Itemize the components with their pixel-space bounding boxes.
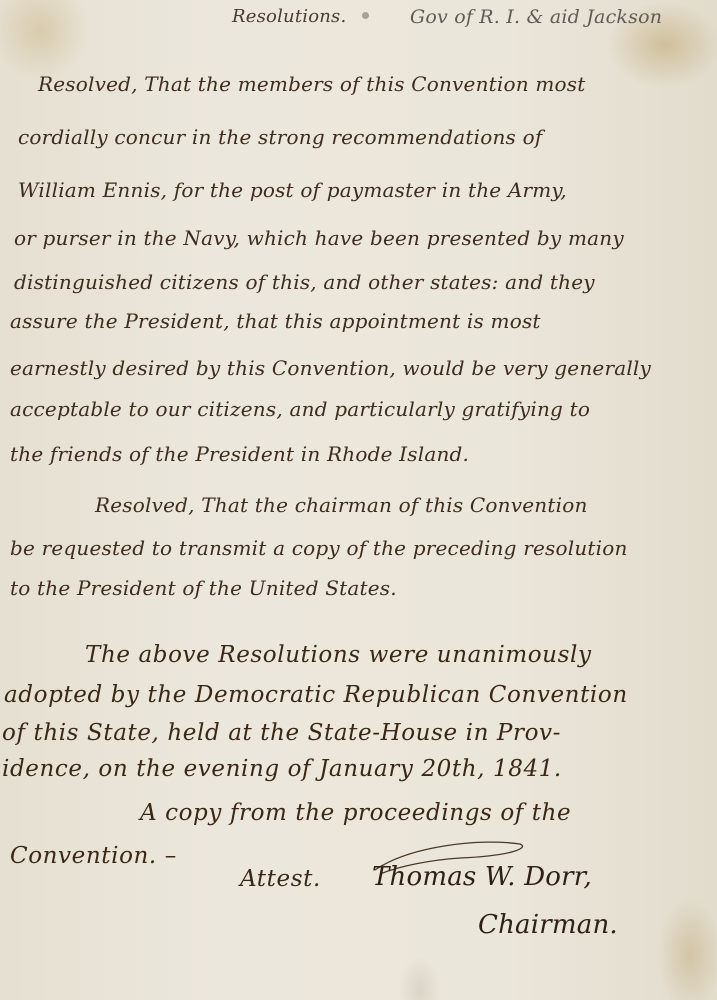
signature-thomas-w-dorr: Thomas W. Dorr, (372, 862, 592, 892)
resolution-2-line: to the President of the United States. (10, 576, 397, 600)
resolution-1-line: cordially concur in the strong recommend… (18, 125, 542, 149)
resolution-2-line: be requested to transmit a copy of the p… (10, 536, 628, 560)
resolution-1-line: acceptable to our citizens, and particul… (10, 397, 590, 421)
attestation-line: idence, on the evening of January 20th, … (2, 756, 562, 782)
attestation-line: of this State, held at the State-House i… (2, 720, 561, 746)
resolution-1-line: Resolved, That the members of this Conve… (38, 72, 585, 96)
resolution-1-line: the friends of the President in Rhode Is… (10, 442, 469, 466)
ink-spot (362, 12, 369, 19)
manuscript-page: Resolutions. Gov of R. I. & aid Jackson … (0, 0, 717, 1000)
resolution-1-line: or purser in the Navy, which have been p… (14, 226, 624, 250)
resolution-2-line: Resolved, That the chairman of this Conv… (95, 493, 588, 517)
attestation-line: adopted by the Democratic Republican Con… (4, 682, 628, 708)
attestation-line: The above Resolutions were unanimously (85, 642, 592, 668)
attestation-line: Convention. – (10, 843, 177, 869)
resolution-1-line: distinguished citizens of this, and othe… (14, 270, 595, 294)
pencil-annotation: Gov of R. I. & aid Jackson (410, 6, 662, 28)
resolution-1-line: William Ennis, for the post of paymaster… (18, 178, 567, 202)
signer-title: Chairman. (478, 910, 618, 940)
document-title: Resolutions. (232, 6, 346, 27)
attestation-line: A copy from the proceedings of the (140, 800, 571, 826)
resolution-1-line: assure the President, that this appointm… (10, 309, 541, 333)
resolution-1-line: earnestly desired by this Convention, wo… (10, 356, 651, 380)
attest-label: Attest. (240, 866, 321, 892)
